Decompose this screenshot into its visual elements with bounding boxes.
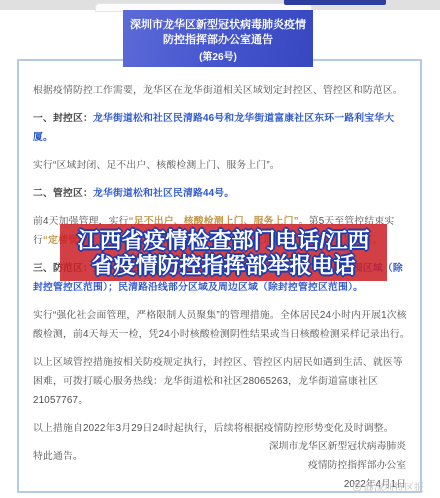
text-segment: 特此通告。 <box>33 451 83 462</box>
watermark-text: @深圳特区报 <box>364 479 424 494</box>
text-segment: 二、管控区： <box>33 188 93 199</box>
weibo-eye-icon <box>352 480 362 493</box>
paragraph: 以上措施自2022年3月29日24时起执行，后续将根据疫情防控形势变化及时调整。 <box>33 419 410 438</box>
banner-notice-number: (第26号) <box>123 51 313 65</box>
text-segment: 根据疫情防控工作需要，龙华区在龙华街道相关区域划定封控区、管控区和防范区。 <box>33 85 403 96</box>
watermark: @深圳特区报 <box>352 479 424 494</box>
top-strip <box>0 0 440 10</box>
paragraph: 二、管控区：龙华街道松和社区民清路44号。 <box>33 184 410 203</box>
paragraph: 实行“区域封闭、足不出户、核酸检测上门、服务上门”。 <box>33 156 410 175</box>
text-segment: 一、封控区： <box>33 113 93 124</box>
signature-line-2: 疫情防控指挥部办公室 <box>269 456 406 475</box>
top-navy-bar <box>284 0 386 5</box>
text-segment: 以上区域管控措施按相关防疫规定执行，封控区、管控区内居民如遇到生活、就医等困难，… <box>33 357 403 406</box>
overlay-caption-line-1: 江西省疫情检查部门电话/江西 <box>77 228 369 253</box>
signature-line-1: 深圳市龙华区新型冠状病毒肺炎 <box>269 437 406 456</box>
notice-page: 深圳市龙华区新型冠状病毒肺炎疫情 防控指挥部办公室通告 (第26号) 根据疫情防… <box>0 0 440 498</box>
text-segment: 以上措施自2022年3月29日24时起执行，后续将根据疫情防控形势变化及时调整。 <box>33 423 394 434</box>
notice-title-banner: 深圳市龙华区新型冠状病毒肺炎疫情 防控指挥部办公室通告 (第26号) <box>123 10 313 67</box>
text-segment: 龙华街道松和社区民清路44号。 <box>93 188 234 199</box>
paragraph: 根据疫情防控工作需要，龙华区在龙华街道相关区域划定封控区、管控区和防范区。 <box>33 81 410 100</box>
paragraph: 以上区域管控措施按相关防疫规定执行，封控区、管控区内居民如遇到生活、就医等困难，… <box>33 353 410 410</box>
banner-title-line-2: 防控指挥部办公室通告 <box>123 33 313 48</box>
overlay-caption-line-2: 省疫情防控指挥部举报电话 <box>91 253 355 278</box>
paragraph: 一、封控区：龙华街道松和社区民清路46号和龙华街道富康社区东环一路利宝华大厦。 <box>33 109 410 147</box>
red-overlay-banner: 江西省疫情检查部门电话/江西 省疫情防控指挥部举报电话 <box>60 224 387 281</box>
text-segment: 实行“区域封闭、足不出户、核酸检测上门、服务上门”。 <box>33 160 280 171</box>
text-segment: 实行“强化社会面管理，严格限制人员聚集”的管理措施。全体居民24小时内开展1次核… <box>33 310 410 340</box>
banner-title-line-1: 深圳市龙华区新型冠状病毒肺炎疫情 <box>123 18 313 33</box>
paragraph: 实行“强化社会面管理，严格限制人员聚集”的管理措施。全体居民24小时内开展1次核… <box>33 306 410 344</box>
